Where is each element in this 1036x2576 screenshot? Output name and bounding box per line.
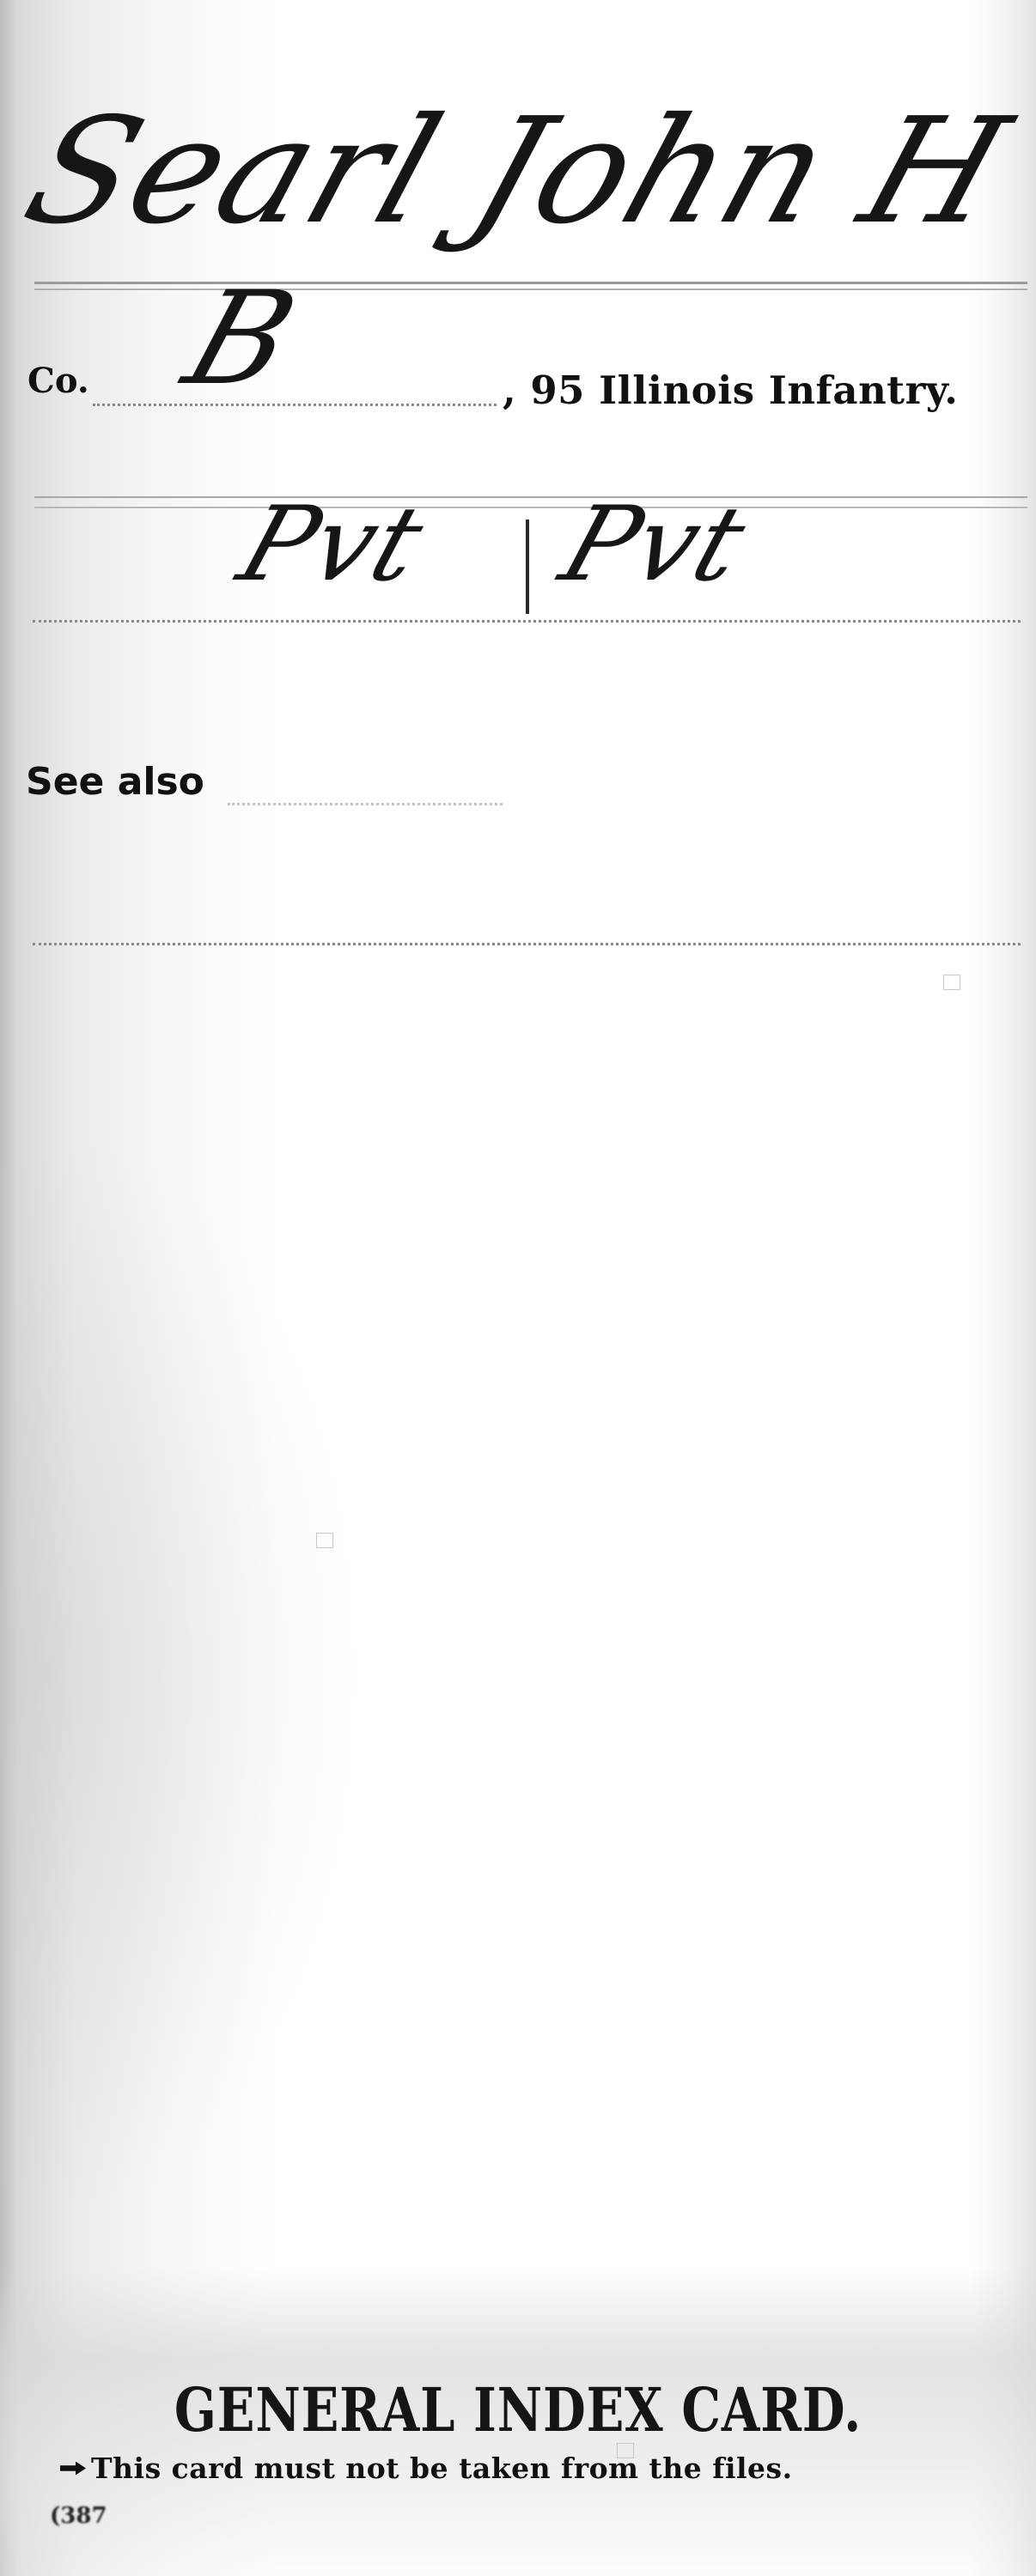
rank-dotted-line	[33, 620, 1021, 623]
rank-rule-top-secondary	[34, 507, 1027, 508]
soldier-name: Searl John H	[10, 99, 1023, 245]
paper-speck	[316, 1533, 333, 1548]
paper-speck	[943, 975, 960, 990]
paper-shading	[0, 1116, 361, 2233]
regiment-name: , 95 Illinois Infantry.	[503, 368, 958, 413]
rank-out: Pvt	[551, 494, 759, 597]
rank-in: Pvt	[229, 494, 436, 597]
footer-note-text: This card must not be taken from the fil…	[91, 2451, 793, 2485]
company-letter: B	[173, 275, 311, 404]
see-also-label: See also	[26, 760, 204, 804]
card-title: GENERAL INDEX CARD.	[94, 2374, 943, 2445]
name-rule-secondary	[34, 289, 1027, 290]
see-also-dotted-line-2	[33, 943, 1021, 945]
rank-rule-top	[34, 496, 1027, 498]
index-card: Searl John H Co. B , 95 Illinois Infantr…	[0, 0, 1036, 2576]
company-label: Co.	[27, 361, 89, 401]
form-code: (387	[50, 2503, 107, 2529]
see-also-dotted-line	[228, 803, 503, 805]
name-rule	[34, 282, 1027, 284]
rank-separator	[526, 519, 529, 614]
company-dotted-line	[93, 404, 497, 406]
hand-pointer-icon	[60, 2462, 86, 2476]
footer-note: This card must not be taken from the fil…	[60, 2451, 793, 2485]
